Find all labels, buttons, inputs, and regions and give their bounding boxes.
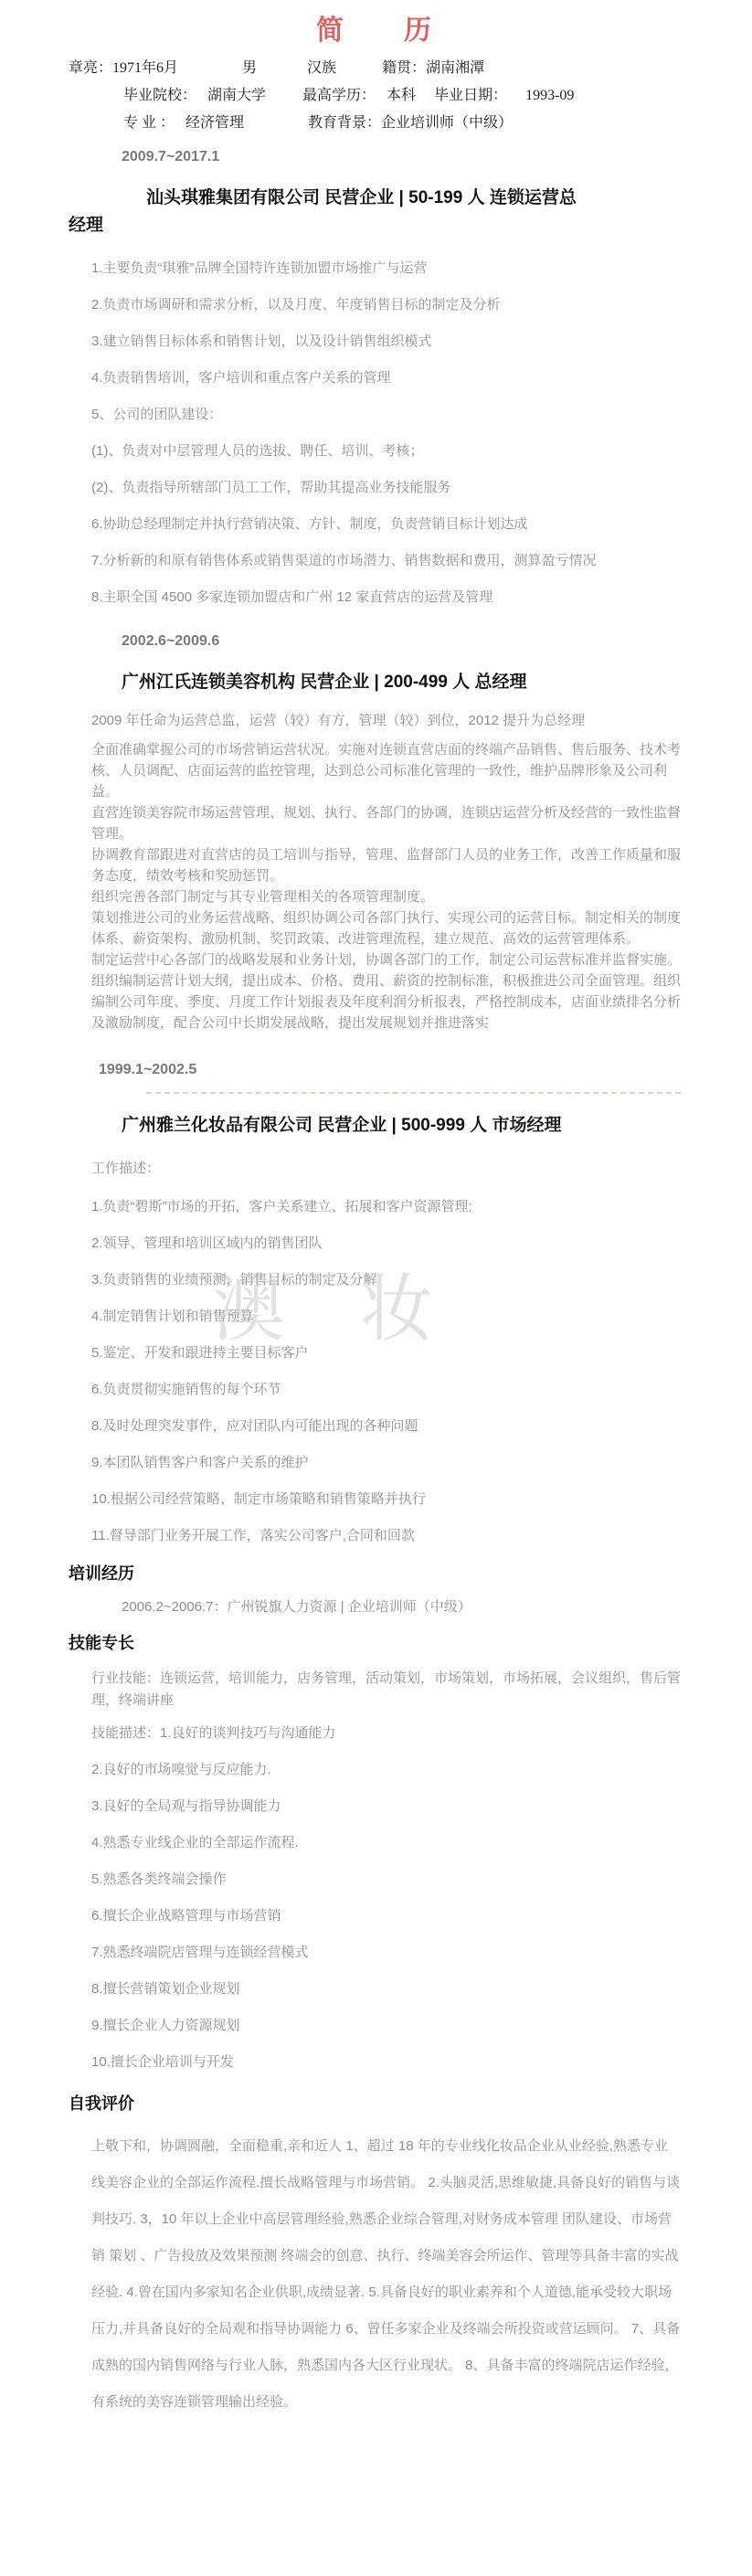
duty-item: 6.负责贯彻实施销售的每个环节 [69, 1381, 681, 1399]
origin-value: 湖南湘潭 [426, 60, 484, 76]
duty-item: 10.根据公司经营策略、制定市场策略和销售策略并执行 [69, 1490, 681, 1509]
edu-bg-label: 教育背景： [308, 115, 381, 131]
skill-item: 5.熟悉各类终端会操作 [69, 1871, 681, 1889]
experience2-period: 2002.6~2009.6 [122, 632, 681, 651]
school-label: 毕业院校： [123, 88, 196, 103]
grad-value: 1993-09 [525, 88, 574, 103]
duty-item: 3.建立销售目标体系和销售计划，以及设计销售组织模式 [69, 333, 681, 351]
experience1-company-line2: 经理 [69, 212, 681, 239]
experience1-company-line1: 汕头琪雅集团有限公司 民营企业 | 50-199 人 连锁运营总 [146, 185, 681, 212]
skills-list: 技能描述：1.良好的谈判技巧与沟通能力 2.良好的市场嗅觉与反应能力. 3.良好… [69, 1724, 681, 2072]
major-label: 专 业 ： [123, 115, 175, 131]
skill-item: 7.熟悉终端院店管理与连锁经营模式 [69, 1944, 681, 1962]
training-entry: 2006.2~2006.7：广州锐旗人力资源 | 企业培训师（中级） [69, 1598, 681, 1617]
section-heading-training: 培训经历 [69, 1564, 681, 1584]
profile-line-education: 毕业院校：湖南大学最高学历：本科毕业日期：1993-09 [123, 82, 681, 110]
description-paragraph: 协调教育部跟进对直营店的员工培训与指导，管理、监督部门人员的业务工作，改善工作质… [91, 844, 681, 886]
duty-item: 4.制定销售计划和销售预算 [69, 1308, 681, 1326]
section-heading-skills: 技能专长 [69, 1633, 681, 1653]
experience2-company-header: 广州江氏连锁美容机构 民营企业 | 200-499 人 总经理 [122, 669, 681, 696]
duty-item: (2)、负责指导所辖部门员工工作，帮助其提高业务技能服务 [69, 479, 681, 497]
skill-item: 2.良好的市场嗅觉与反应能力. [69, 1761, 681, 1779]
experience1-duty-list: 1.主要负责“琪雅”品牌全国特许连锁加盟市场推广与运营 2.负责市场调研和需求分… [69, 260, 681, 607]
divider [146, 1092, 681, 1094]
birth-date: 1971年6月 [112, 60, 178, 76]
description-paragraph: 制定运营中心各部门的战略发展和业务计划，协调各部门的工作，制定公司运营标准并监督… [91, 949, 681, 970]
skill-item: 4.熟悉专业线企业的全部运作流程. [69, 1834, 681, 1852]
skill-item: 3.良好的全局观与指导协调能力 [69, 1797, 681, 1816]
experience3-period: 1999.1~2002.5 [99, 1061, 681, 1079]
experience3-company-header: 广州雅兰化妆品有限公司 民营企业 | 500-999 人 市场经理 [122, 1112, 681, 1140]
duty-item: 1.负责“碧斯”市场的开拓，客户关系建立、拓展和客户资源管理; [69, 1198, 681, 1216]
profile-line-basic: 章亮：1971年6月男汉族籍贯：湖南湘潭 [69, 55, 681, 82]
skills-industry-line: 行业技能：连锁运营，培训能力，店务管理，活动策划，市场策划，市场拓展，会议组织，… [69, 1668, 681, 1712]
experience3-duty-list: 1.负责“碧斯”市场的开拓，客户关系建立、拓展和客户资源管理; 2.领导、管理和… [69, 1198, 681, 1545]
duty-item: 5、公司的团队建设： [69, 406, 681, 424]
origin-label: 籍贯： [382, 60, 426, 76]
duty-item: 8.及时处理突发事件，应对团队内可能出现的各种问题 [69, 1417, 681, 1436]
duty-item: 8.主职全国 4500 多家连锁加盟店和广州 12 家直营店的运营及管理 [69, 588, 681, 607]
duty-item: 6.协助总经理制定并执行营销决策、方针、制度，负责营销目标计划达成 [69, 515, 681, 534]
skill-item: 6.擅长企业战略管理与市场营销 [69, 1907, 681, 1925]
experience3-desc-label: 工作描述： [69, 1160, 681, 1178]
description-paragraph: 组织完善各部门制定与其专业管理相关的各项管理制度。 [91, 886, 681, 907]
skill-item: 9.擅长企业人力资源规划 [69, 2017, 681, 2035]
skill-item: 技能描述：1.良好的谈判技巧与沟通能力 [69, 1724, 681, 1743]
degree-label: 最高学历： [302, 88, 376, 103]
grad-label: 毕业日期： [434, 88, 507, 103]
duty-item: (1)、负责对中层管理人员的选拔、聘任、培训、考核； [69, 442, 681, 461]
experience1-company-header: 汕头琪雅集团有限公司 民营企业 | 50-199 人 连锁运营总 经理 [69, 185, 681, 239]
name-label: 章亮： [69, 60, 112, 76]
description-paragraph: 全面准确掌握公司的市场营销运营状况。实施对连锁直营店面的终端产品销售、售后服务、… [91, 739, 681, 802]
gender: 男 [242, 60, 257, 76]
experience1-period: 2009.7~2017.1 [122, 148, 681, 166]
duty-item: 9.本团队销售客户和客户关系的维护 [69, 1454, 681, 1472]
edu-bg-value: 企业培训师（中级） [381, 115, 513, 131]
duty-item: 1.主要负责“琪雅”品牌全国特许连锁加盟市场推广与运营 [69, 260, 681, 278]
school-value: 湖南大学 [207, 88, 266, 103]
duty-item: 7.分析新的和原有销售体系或销售渠道的市场潜力、销售数据和费用，测算盈亏情况 [69, 552, 681, 570]
description-paragraph: 组织编制运营计划大纲，提出成本、价格、费用、薪资的控制标准，积极推进公司全面管理… [91, 970, 681, 1034]
evaluation-text: 上敬下和，协调圆融，全面稳重,亲和近人 1、超过 18 年的专业线化妆品企业从业… [69, 2128, 681, 2421]
description-paragraph: 策划推进公司的业务运营战略、组织协调公司各部门执行、实现公司的运营目标。制定相关… [91, 907, 681, 949]
section-heading-evaluation: 自我评价 [69, 2094, 681, 2114]
duty-item: 5.鉴定、开发和跟进持主要目标客户 [69, 1344, 681, 1362]
duty-item: 3.负责销售的业绩预测，销售目标的制定及分解 [69, 1271, 681, 1289]
skill-item: 8.擅长营销策划企业规划 [69, 1980, 681, 1998]
profile-line-major: 专 业 ：经济管理教育背景：企业培训师（中级） [123, 110, 681, 137]
description-paragraph: 直营连锁美容院市场运营管理、规划、执行、各部门的协调，连锁店运营分析及经营的一致… [91, 802, 681, 844]
duty-item: 11.督导部门业务开展工作，落实公司客户,合同和回款 [69, 1527, 681, 1545]
degree-value: 本科 [387, 88, 416, 103]
skill-item: 10.擅长企业培训与开发 [69, 2053, 681, 2072]
duty-item: 2.领导、管理和培训区域内的销售团队 [69, 1235, 681, 1253]
experience2-intro: 2009 年任命为运营总监，运营（较）有方，管理（较）到位，2012 提升为总经… [69, 705, 681, 736]
major-value: 经济管理 [185, 115, 244, 131]
ethnicity: 汉族 [307, 60, 336, 76]
resume-content: 简 历 章亮：1971年6月男汉族籍贯：湖南湘潭 毕业院校：湖南大学最高学历：本… [0, 0, 752, 2421]
page-title: 简 历 [69, 7, 681, 48]
resume-document: 澳 妆 简 历 章亮：1971年6月男汉族籍贯：湖南湘潭 毕业院校：湖南大学最高… [0, 0, 752, 2576]
experience2-description: 全面准确掌握公司的市场营销运营状况。实施对连锁直营店面的终端产品销售、售后服务、… [69, 739, 681, 1034]
duty-item: 2.负责市场调研和需求分析，以及月度、年度销售目标的制定及分析 [69, 296, 681, 314]
duty-item: 4.负责销售培训，客户培训和重点客户关系的管理 [69, 369, 681, 387]
